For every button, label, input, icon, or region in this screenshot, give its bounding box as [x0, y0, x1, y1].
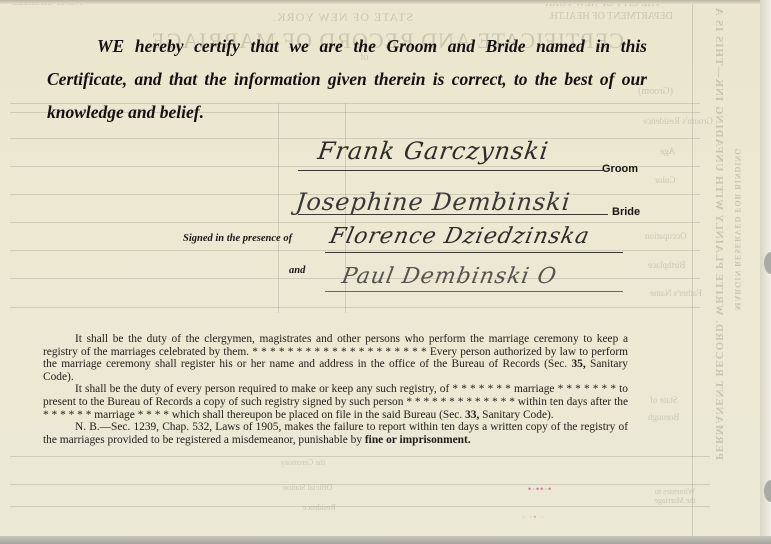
ink-stamp-faint: ⋅ ⋅• ⋅	[522, 512, 545, 523]
ghost-vertical-notice: PERMANENT RECORD. WRITE PLAINLY WITH UNF…	[713, 80, 725, 460]
and-label: and	[289, 265, 305, 276]
certification-text: WE hereby certify that we are the Groom …	[47, 36, 647, 122]
witness-1-signature-line	[325, 252, 623, 253]
groom-label: Groom	[602, 163, 638, 175]
page-edge-top	[0, 0, 771, 4]
binding-notch	[764, 480, 771, 502]
ghost-bottom-label: Witnesses to the Marriage	[650, 487, 700, 505]
ink-stamp: •⋅••⋅•	[528, 484, 552, 495]
bride-signature: Josephine Dembinski	[295, 188, 573, 216]
ghost-bottom-label: the Ceremony	[280, 458, 325, 467]
certification-statement: WE hereby certify that we are the Groom …	[47, 30, 647, 129]
section-number: 33,	[465, 409, 479, 421]
witness-2-signature: Paul Dembinski O	[340, 264, 559, 289]
ghost-row-label: Borough	[648, 412, 680, 422]
ghost-state-heading: STATE OF NEW YORK.	[272, 10, 413, 25]
witness-1-signature: Florence Dziedzinska	[327, 224, 592, 249]
groom-signature: Frank Garczynski	[316, 137, 551, 165]
bride-signature-line	[298, 214, 608, 215]
witness-2-signature-line	[325, 291, 623, 292]
ghost-row-label: Color	[655, 175, 676, 185]
ghost-department-heading: DEPARTMENT OF HEALTH.	[548, 11, 673, 22]
ghost-row-label: Occupation	[645, 231, 686, 241]
binding-notch	[764, 252, 771, 274]
legal-notice: It shall be the duty of the clergymen, m…	[43, 333, 628, 446]
document-page: No. of Certificate STATE OF NEW YORK. TH…	[0, 0, 760, 536]
section-number: 35,	[571, 358, 585, 370]
ghost-bottom-label: Residence	[303, 503, 336, 512]
legal-paragraph-nb: N. B.—Sec. 1239, Chap. 532, Laws of 1905…	[43, 421, 628, 446]
bride-label: Bride	[612, 206, 640, 218]
ghost-row-label: State of	[650, 395, 678, 405]
ghost-row-label: Age	[660, 146, 675, 156]
legal-paragraph-2: It shall be the duty of every person req…	[43, 383, 628, 421]
ghost-row-label: Groom's Residence	[643, 116, 713, 126]
ghost-vertical-margin: MARGIN RESERVED FOR BINDING	[733, 160, 742, 310]
page-edge-bottom	[0, 536, 771, 544]
ghost-row-label: Birthplace	[648, 260, 686, 270]
ghost-row-label: Father's Name	[650, 288, 702, 298]
witness-prefix-label: Signed in the presence of	[183, 233, 292, 244]
ghost-bottom-label: Official Station	[283, 483, 332, 492]
legal-paragraph-1: It shall be the duty of the clergymen, m…	[43, 333, 628, 383]
groom-signature-line	[298, 170, 603, 171]
